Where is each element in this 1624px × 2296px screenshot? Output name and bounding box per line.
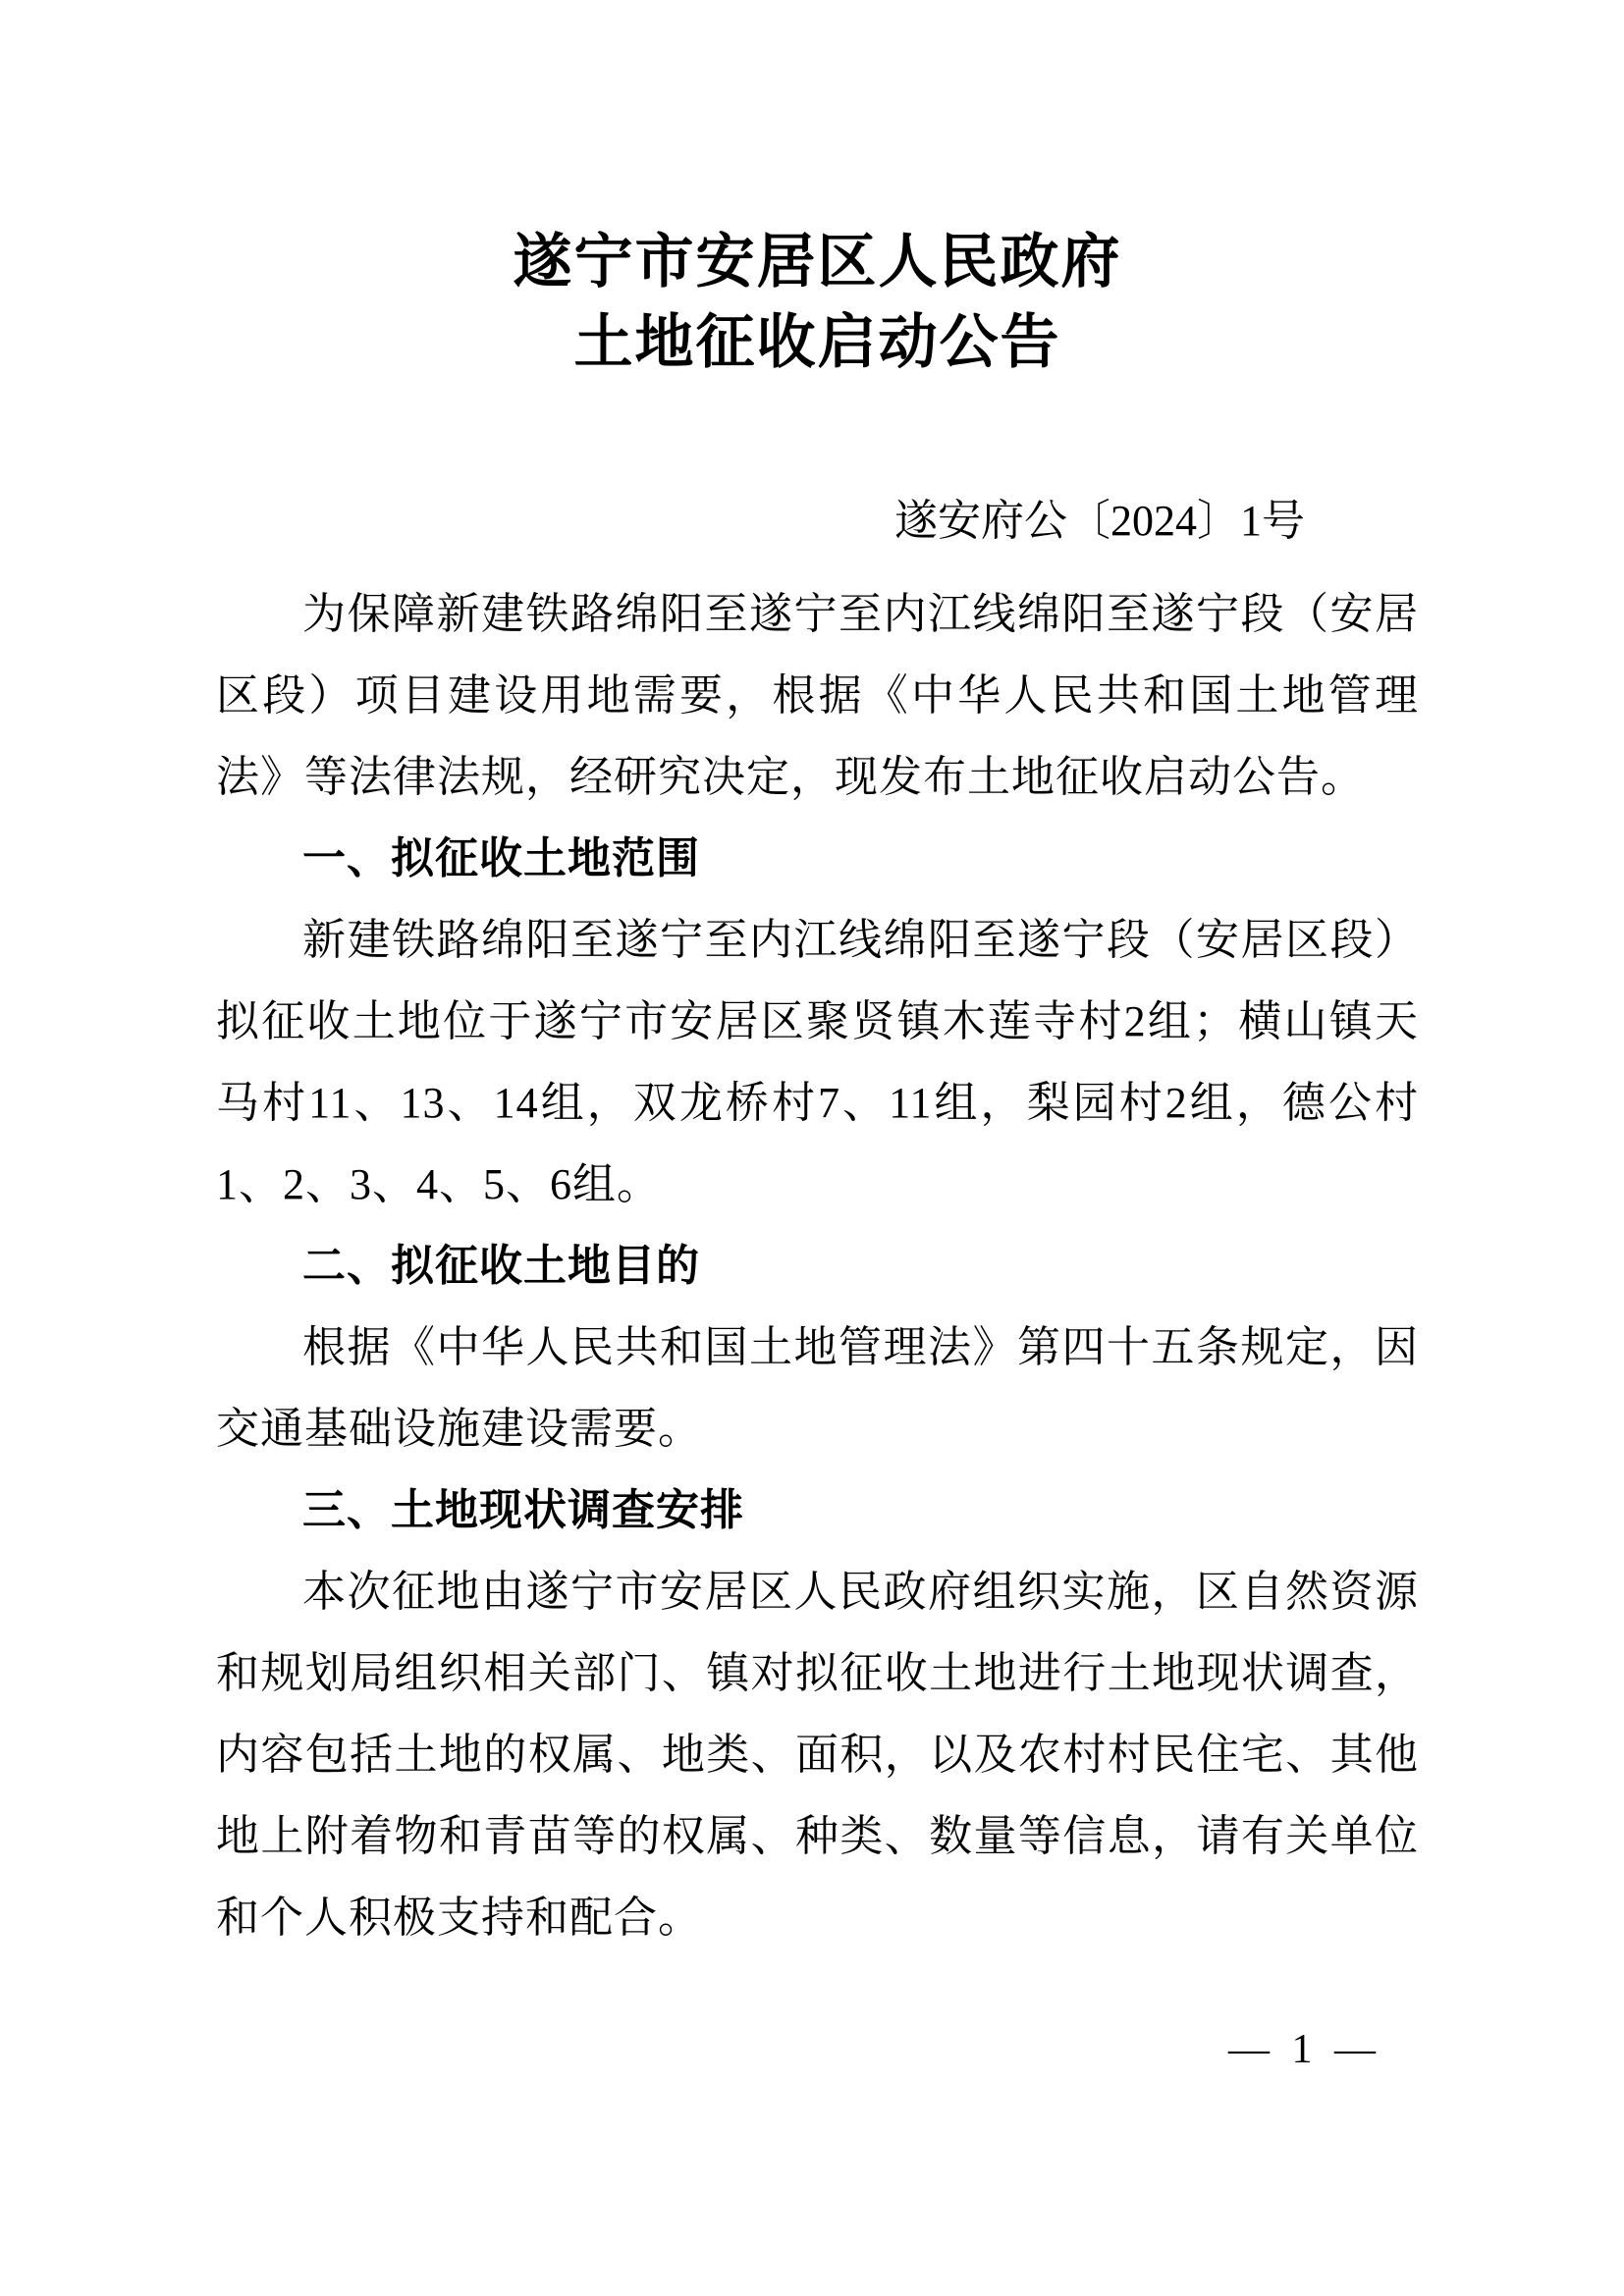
doc-number: 遂安府公〔2024〕1号 [216,491,1419,552]
page-number: — 1 — [1228,2020,1381,2079]
section-3-body: 本次征地由遂宁市安居区人民政府组织实施，区自然资源和规划局组织相关部门、镇对拟征… [216,1551,1419,1958]
section-2-heading: 二、拟征收土地目的 [216,1225,1419,1307]
document-body: 为保障新建铁路绵阳至遂宁至内江线绵阳至遂宁段（安居区段）项目建设用地需要，根据《… [216,573,1419,1958]
section-1-body: 新建铁路绵阳至遂宁至内江线绵阳至遂宁段（安居区段）拟征收土地位于遂宁市安居区聚贤… [216,899,1419,1225]
document-title: 遂宁市安居区人民政府 土地征收启动公告 [216,222,1419,383]
document-title-line2: 土地征收启动公告 [216,302,1419,383]
section-1-heading: 一、拟征收土地范围 [216,818,1419,899]
section-3-heading: 三、土地现状调查安排 [216,1469,1419,1551]
intro-paragraph: 为保障新建铁路绵阳至遂宁至内江线绵阳至遂宁段（安居区段）项目建设用地需要，根据《… [216,573,1419,818]
section-2-body: 根据《中华人民共和国土地管理法》第四十五条规定，因交通基础设施建设需要。 [216,1307,1419,1469]
document-title-line1: 遂宁市安居区人民政府 [216,222,1419,302]
document-content: 遂宁市安居区人民政府 土地征收启动公告 遂安府公〔2024〕1号 为保障新建铁路… [0,0,1624,1958]
document-page: 遂宁市安居区人民政府 土地征收启动公告 遂安府公〔2024〕1号 为保障新建铁路… [0,0,1624,2296]
